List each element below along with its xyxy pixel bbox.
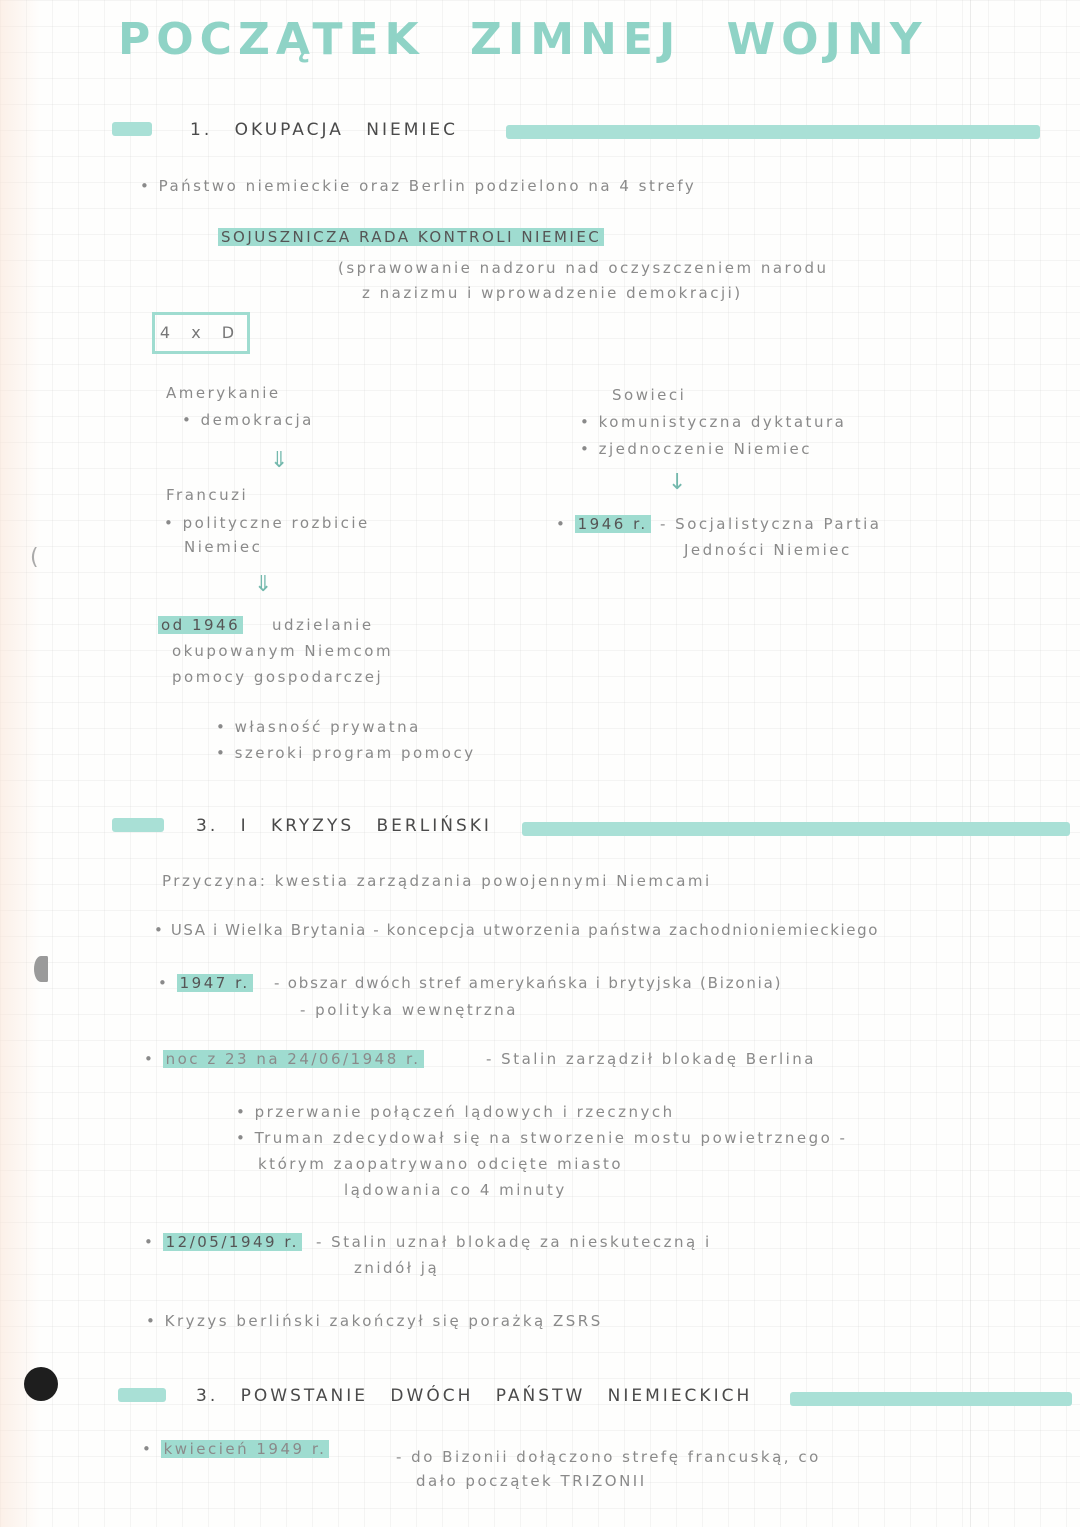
americans-point: • demokracja: [182, 411, 314, 429]
double-arrow-down-icon: ⇓: [270, 448, 288, 473]
crisis-point-2-date: • 1947 r.: [158, 974, 253, 992]
heading-highlight-left: [112, 122, 152, 136]
date-highlight: 12/05/1949 r.: [163, 1233, 302, 1251]
crisis-point-1: • USA i Wielka Brytania - koncepcja utwo…: [154, 921, 879, 939]
soviets-label: Sowieci: [612, 386, 686, 404]
airlift-point-3: którym zaopatrywano odcięte miasto: [258, 1155, 623, 1173]
punch-hole: [24, 1367, 58, 1401]
section-1-heading: 1. OKUPACJA NIEMIEC: [190, 120, 458, 140]
page-title: POCZĄTEK ZIMNEJ WOJNY: [118, 14, 928, 65]
crisis-point-4-text-1: - Stalin uznał blokadę za nieskuteczną i: [316, 1233, 712, 1251]
heading-highlight-left: [118, 1388, 166, 1402]
soviet-event-date: • 1946 r.: [556, 515, 651, 533]
double-arrow-down-icon: ⇓: [254, 572, 272, 597]
aid-text-1: udzielanie: [272, 616, 374, 634]
states-point-1-text-1: - do Bizonii dołączono strefę francuską,…: [396, 1448, 821, 1466]
date-highlight: kwiecień 1949 r.: [161, 1440, 330, 1458]
crisis-cause: Przyczyna: kwestia zarządzania powojenny…: [162, 872, 712, 890]
airlift-point-2: • Truman zdecydował się na stworzenie mo…: [236, 1129, 847, 1147]
date-highlight: 1946 r.: [575, 515, 651, 533]
french-point-1: • polityczne rozbicie: [164, 514, 370, 532]
aid-point-2: • szeroki program pomocy: [216, 744, 476, 762]
heading-highlight-right: [506, 125, 1040, 139]
section-2-heading: 3. I KRYZYS BERLIŃSKI: [196, 816, 492, 836]
airlift-point-4: lądowania co 4 minuty: [344, 1181, 567, 1199]
crisis-point-4-text-2: znidół ją: [354, 1259, 439, 1277]
notebook-page: ( POCZĄTEK ZIMNEJ WOJNY 1. OKUPACJA NIEM…: [0, 0, 1080, 1527]
crisis-point-4-date: • 12/05/1949 r.: [144, 1233, 302, 1251]
crisis-point-3-date: • noc z 23 na 24/06/1948 r.: [144, 1050, 424, 1068]
date-highlight: 1947 r.: [177, 974, 253, 992]
crisis-point-3-text: - Stalin zarządził blokadę Berlina: [486, 1050, 816, 1068]
heading-highlight-left: [112, 818, 164, 832]
americans-label: Amerykanie: [166, 384, 281, 402]
soviets-point-1: • komunistyczna dyktatura: [580, 413, 846, 431]
aid-text-2: okupowanym Niemcom: [172, 642, 393, 660]
aid-text-3: pomocy gospodarczej: [172, 668, 383, 686]
crisis-point-2-text-1: - obszar dwóch stref amerykańska i bryty…: [274, 974, 782, 992]
heading-highlight-right: [522, 822, 1070, 836]
aid-point-1: • własność prywatna: [216, 718, 421, 736]
aid-date: od 1946: [158, 616, 243, 634]
council-name: SOJUSZNICZA RADA KONTROLI NIEMIEC: [218, 228, 604, 246]
crisis-conclusion: • Kryzys berliński zakończył się porażką…: [146, 1312, 603, 1330]
four-d-box: 4 x D: [152, 312, 250, 354]
soviet-event-text-2: Jedności Niemiec: [684, 541, 852, 559]
grid-line: [970, 0, 971, 1527]
states-point-1-date: • kwiecień 1949 r.: [142, 1440, 329, 1458]
council-note-1: (sprawowanie nadzoru nad oczyszczeniem n…: [338, 259, 829, 277]
soviets-point-2: • zjednoczenie Niemiec: [580, 440, 812, 458]
airlift-point-1: • przerwanie połączeń lądowych i rzeczny…: [236, 1103, 675, 1121]
margin-mark: (: [30, 545, 39, 570]
section-3-heading: 3. POWSTANIE DWÓCH PAŃSTW NIEMIECKICH: [196, 1386, 752, 1406]
arrow-down-icon: ↓: [668, 470, 686, 495]
french-point-2: Niemiec: [184, 538, 262, 556]
soviet-event-text-1: - Socjalistyczna Partia: [660, 515, 881, 533]
council-note-2: z nazizmu i wprowadzenie demokracji): [362, 284, 743, 302]
date-highlight: noc z 23 na 24/06/1948 r.: [163, 1050, 424, 1068]
date-highlight: od 1946: [158, 616, 243, 634]
section-1-intro: • Państwo niemieckie oraz Berlin podziel…: [140, 177, 696, 195]
council-highlight: SOJUSZNICZA RADA KONTROLI NIEMIEC: [218, 228, 604, 246]
states-point-1-text-2: dało początek TRIZONII: [416, 1472, 647, 1490]
french-label: Francuzi: [166, 486, 248, 504]
heading-highlight-right: [790, 1392, 1072, 1406]
page-margin: [0, 0, 40, 1527]
torn-edge-mark: [34, 956, 48, 982]
crisis-point-2-text-2: - polityka wewnętrzna: [300, 1001, 518, 1019]
